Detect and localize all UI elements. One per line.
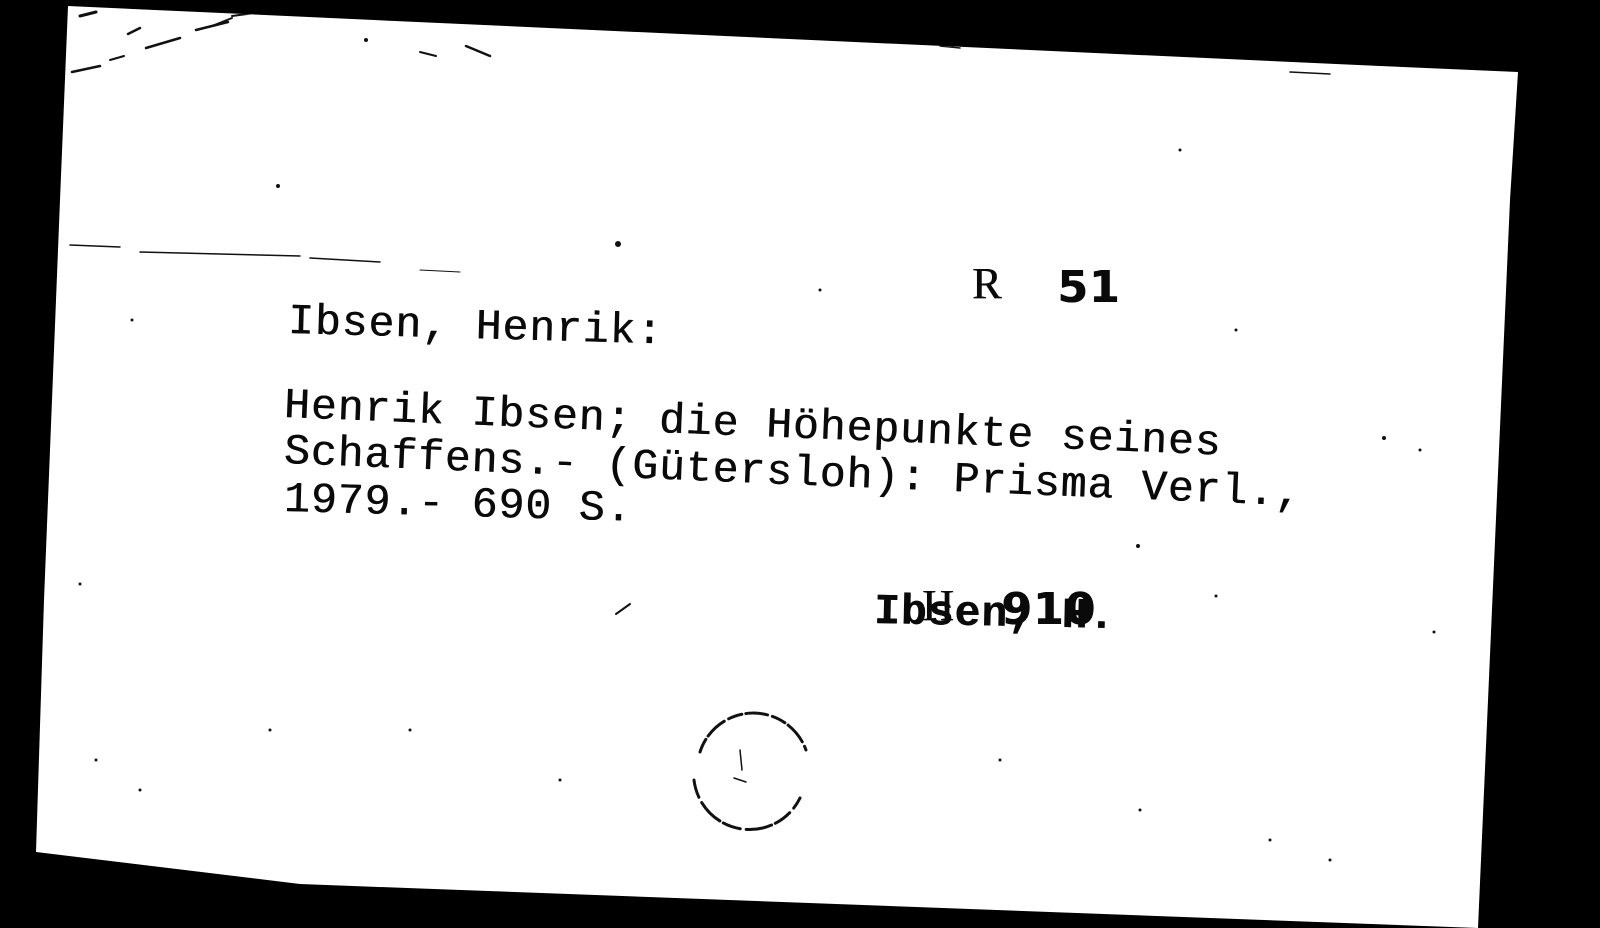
card-heading: Ibsen, Henrik: — [287, 300, 663, 353]
catalog-card: R 51 Ibsen, Henrik: Henrik Ibsen; die Hö… — [0, 0, 1600, 928]
call-number: R — [924, 218, 1002, 350]
title-line-3: 1979.- 690 S. — [283, 478, 633, 531]
call-number-number: 51 — [1057, 262, 1120, 313]
shelf-author: Ibsen, H. — [874, 590, 1116, 638]
stamp-icon — [694, 713, 806, 829]
call-number-value: 51 — [992, 222, 1121, 354]
